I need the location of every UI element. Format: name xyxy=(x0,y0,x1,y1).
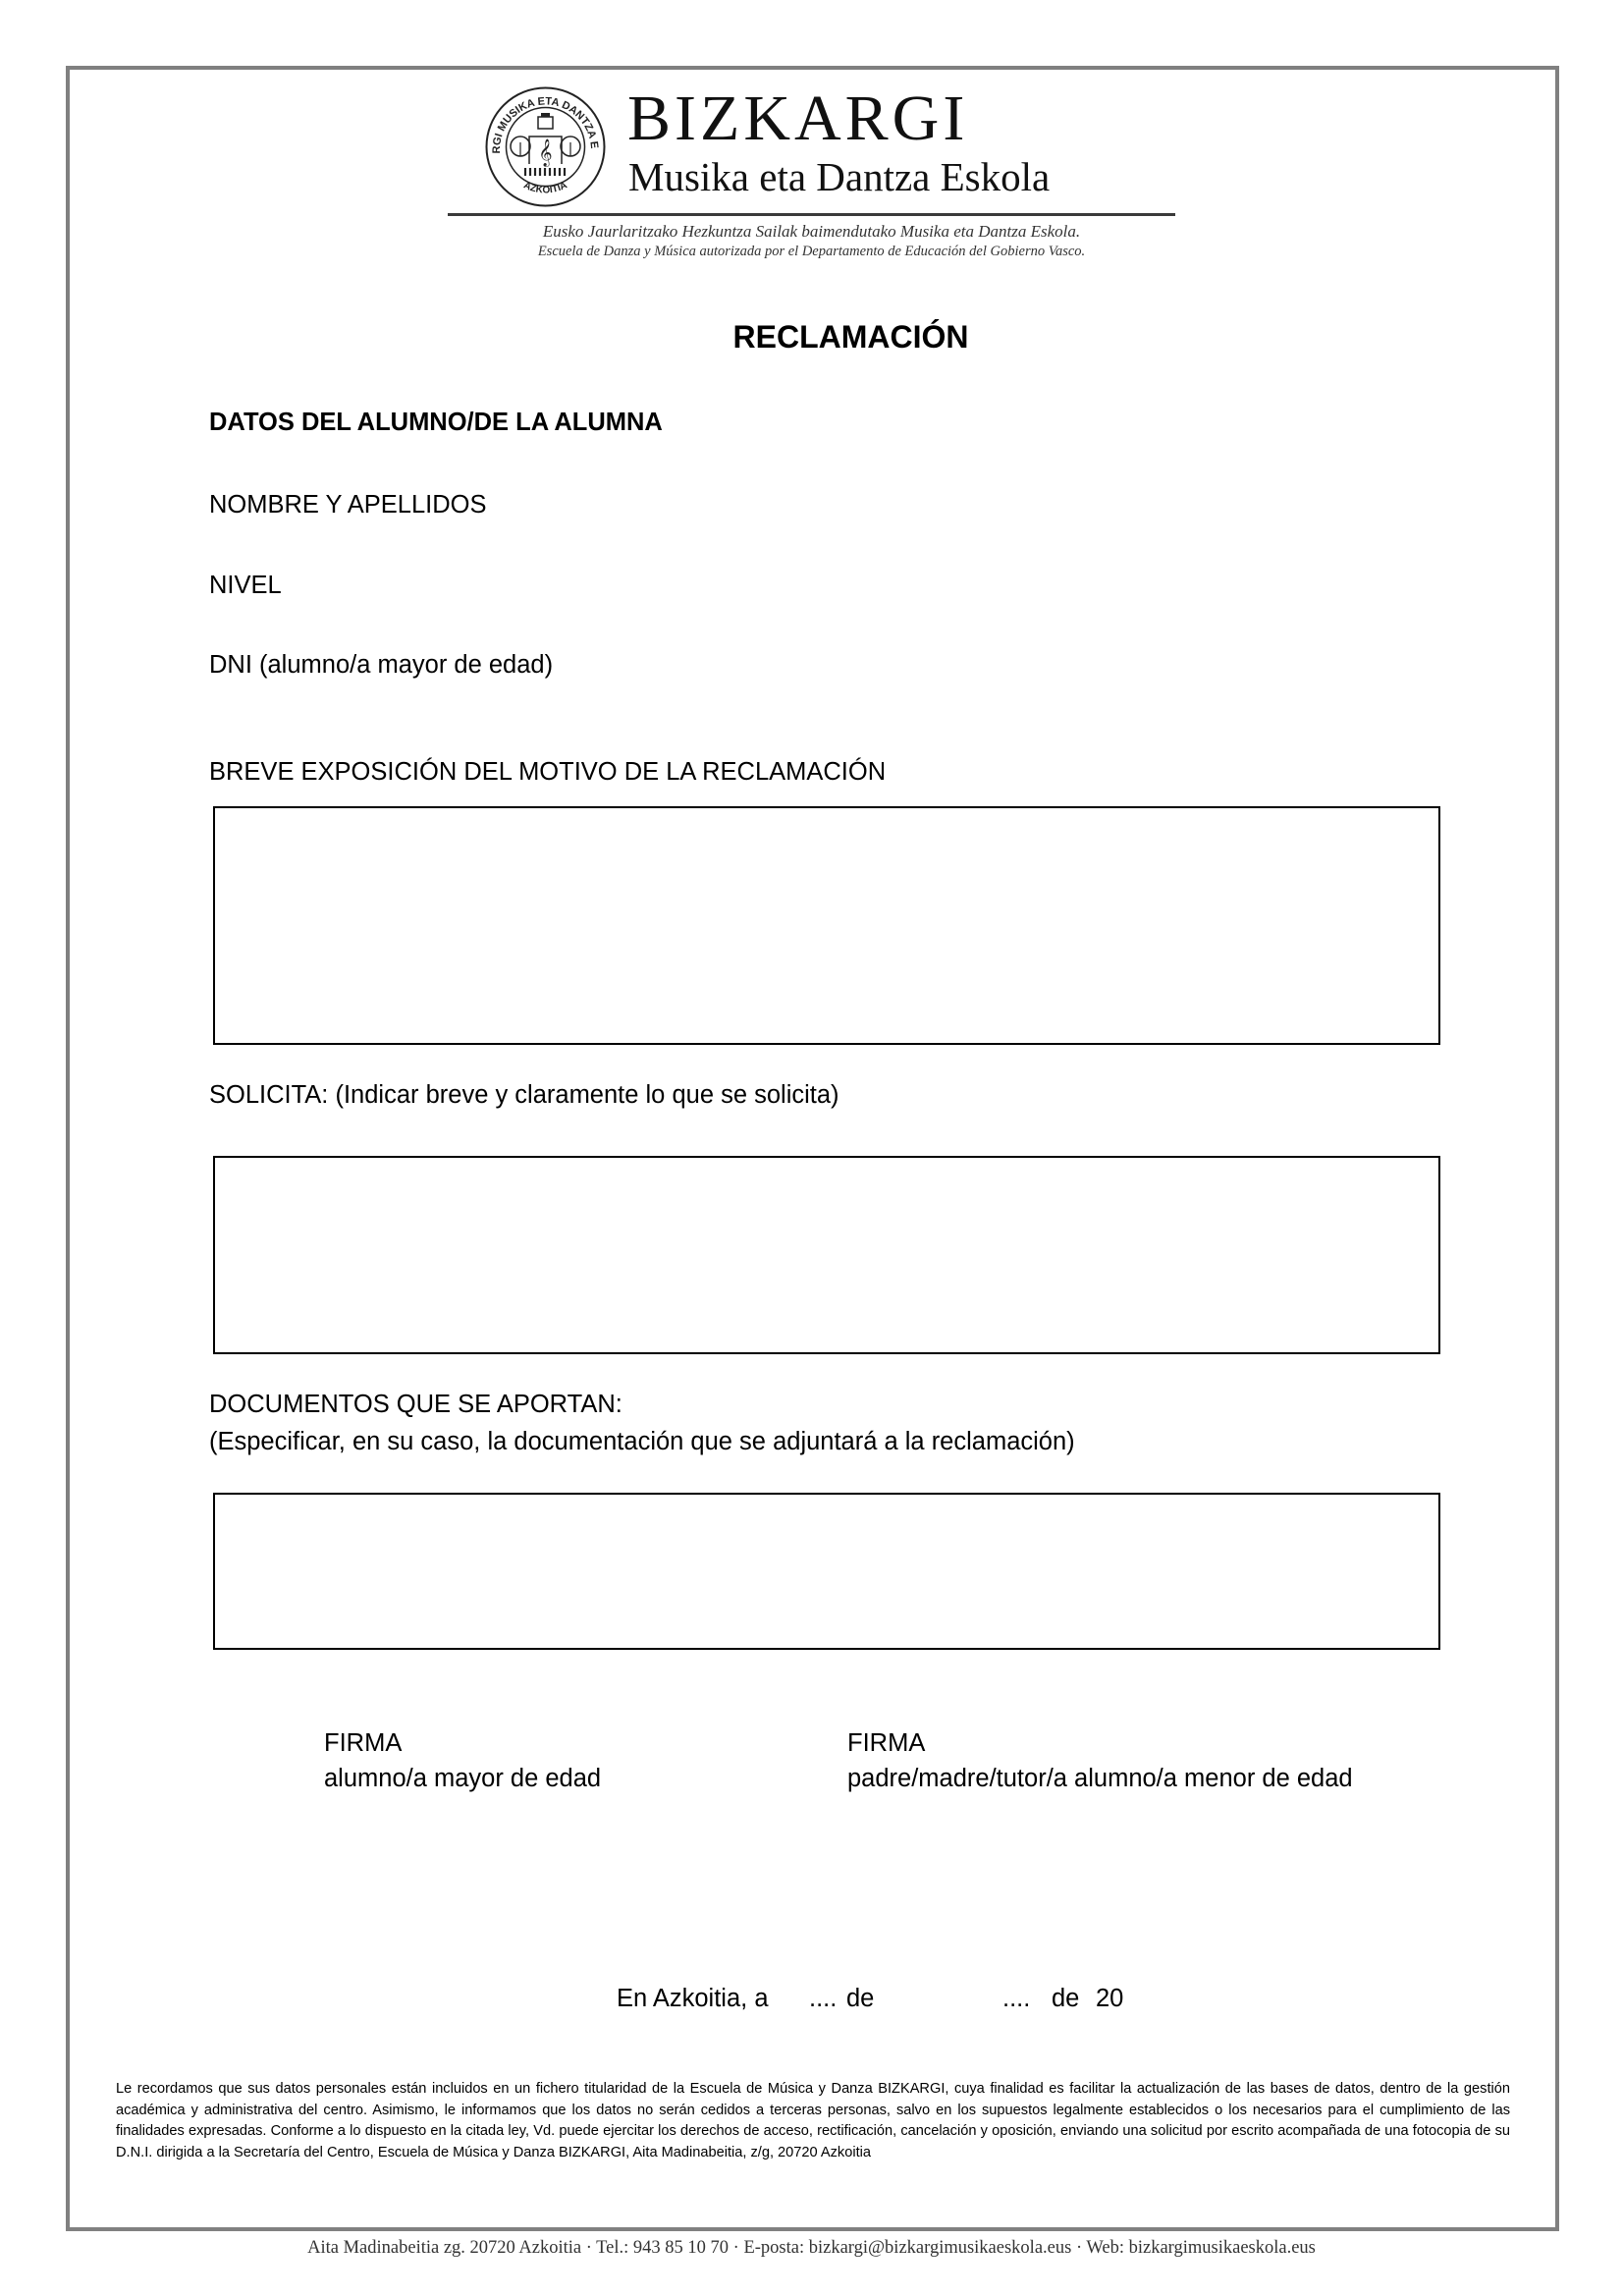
field-label-level: NIVEL xyxy=(209,574,282,599)
reason-textarea[interactable] xyxy=(215,808,1438,1043)
authorization-basque: Eusko Jaurlaritzako Hezkuntza Sailak bai… xyxy=(448,222,1175,242)
footer-address: Aita Madinabeitia zg. 20720 Azkoitia · T… xyxy=(0,2238,1623,2259)
signature-title: FIRMA xyxy=(847,1731,925,1757)
date-de-1: de xyxy=(846,1987,874,2012)
request-box[interactable] xyxy=(213,1156,1440,1354)
documents-textarea[interactable] xyxy=(215,1495,1438,1648)
brand-name: BIZKARGI xyxy=(627,86,968,151)
documents-label: DOCUMENTOS QUE SE APORTAN: xyxy=(209,1393,622,1418)
signature-title: FIRMA xyxy=(324,1731,402,1757)
date-month-placeholder[interactable]: .... xyxy=(1002,1987,1030,2012)
brand-subtitle: Musika eta Dantza Eskola xyxy=(628,157,1050,197)
privacy-notice: Le recordamos que sus datos personales e… xyxy=(116,2079,1510,2163)
date-prefix: En Azkoitia, a xyxy=(617,1987,769,2012)
svg-text:𝄞: 𝄞 xyxy=(538,138,552,167)
signature-role: padre/madre/tutor/a alumno/a menor de ed… xyxy=(847,1767,1353,1792)
page-title: RECLAMACIÓN xyxy=(0,321,1623,353)
page-title-text: RECLAMACIÓN xyxy=(733,321,969,353)
field-label-full-name: NOMBRE Y APELLIDOS xyxy=(209,493,487,519)
date-de-2: de xyxy=(1052,1987,1079,2012)
page-frame xyxy=(66,66,1559,2231)
letterhead-divider xyxy=(448,213,1175,216)
school-emblem-icon: BIZKARGI MUSIKA ETA DANTZA ESKOLA AZKOIT… xyxy=(484,85,607,208)
documents-hint: (Especificar, en su caso, la documentaci… xyxy=(209,1430,1075,1455)
request-textarea[interactable] xyxy=(215,1158,1438,1352)
reason-label: BREVE EXPOSICIÓN DEL MOTIVO DE LA RECLAM… xyxy=(209,760,886,786)
date-year-prefix[interactable]: 20 xyxy=(1096,1987,1123,2012)
student-section-heading: DATOS DEL ALUMNO/DE LA ALUMNA xyxy=(209,410,663,436)
request-label: SOLICITA: (Indicar breve y claramente lo… xyxy=(209,1083,839,1109)
reason-box[interactable] xyxy=(213,806,1440,1045)
signature-role: alumno/a mayor de edad xyxy=(324,1767,601,1792)
date-day-placeholder[interactable]: .... xyxy=(809,1987,837,2012)
documents-box[interactable] xyxy=(213,1493,1440,1650)
authorization-spanish: Escuela de Danza y Música autorizada por… xyxy=(448,244,1175,260)
field-label-dni: DNI (alumno/a mayor de edad) xyxy=(209,653,553,679)
